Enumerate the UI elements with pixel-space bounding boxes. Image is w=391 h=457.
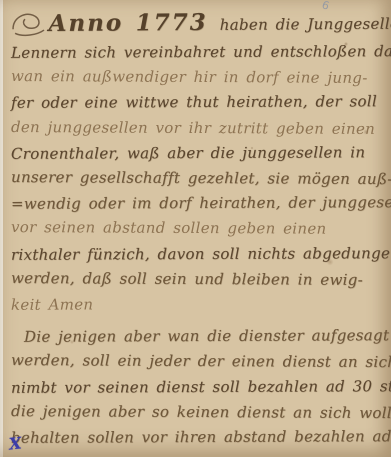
manuscript-line: wan ein außwendiger hir in dorf eine jun…: [11, 64, 383, 91]
manuscript-line: Cronenthaler, waß aber die junggesellen …: [11, 140, 383, 167]
manuscript-line: nimbt vor seinen dienst soll bezahlen ad…: [11, 374, 383, 401]
paragraph-2: Die jenigen aber wan die dienster aufges…: [11, 324, 383, 450]
manuscript-line: die jenigen aber so keinen dienst an sic…: [11, 399, 383, 426]
manuscript-line: vor seinen abstand sollen geben einen: [11, 215, 383, 242]
manuscript-line: werden, soll ein jeder der einen dienst …: [11, 348, 383, 375]
initial-flourish-icon: [11, 11, 45, 37]
anno-year: Anno 1773: [48, 9, 207, 37]
manuscript-line: werden, daß soll sein und bleiben in ewi…: [11, 266, 383, 293]
manuscript-line: den junggesellen vor ihr zutritt geben e…: [11, 115, 383, 142]
manuscript-text: Anno 1773haben die Junggesellen zu Lenne…: [11, 6, 383, 450]
manuscript-line: keit Amen: [11, 291, 383, 318]
manuscript-page: 6 Anno 1773haben die Junggesellen zu Len…: [0, 0, 391, 457]
manuscript-line: behalten sollen vor ihren abstand bezahl…: [11, 424, 383, 451]
paragraph-1: Lennern sich vereinbahret und entschloße…: [11, 40, 383, 317]
blue-crayon-mark: X: [8, 433, 22, 453]
first-line-rest: haben die Junggesellen zu: [220, 14, 391, 34]
manuscript-line: rixthaler fünzich, davon soll nichts abg…: [11, 241, 383, 268]
manuscript-line: Anno 1773haben die Junggesellen zu: [11, 5, 383, 42]
manuscript-line: fer oder eine wittwe thut heirathen, der…: [11, 90, 383, 117]
manuscript-line: Die jenigen aber wan die dienster aufges…: [11, 323, 383, 350]
manuscript-line: Lennern sich vereinbahret und entschloße…: [11, 39, 383, 66]
manuscript-line: unserer gesellschafft gezehlet, sie möge…: [11, 165, 383, 192]
manuscript-line: =wendig oder im dorf heirathen, der jung…: [11, 190, 383, 217]
